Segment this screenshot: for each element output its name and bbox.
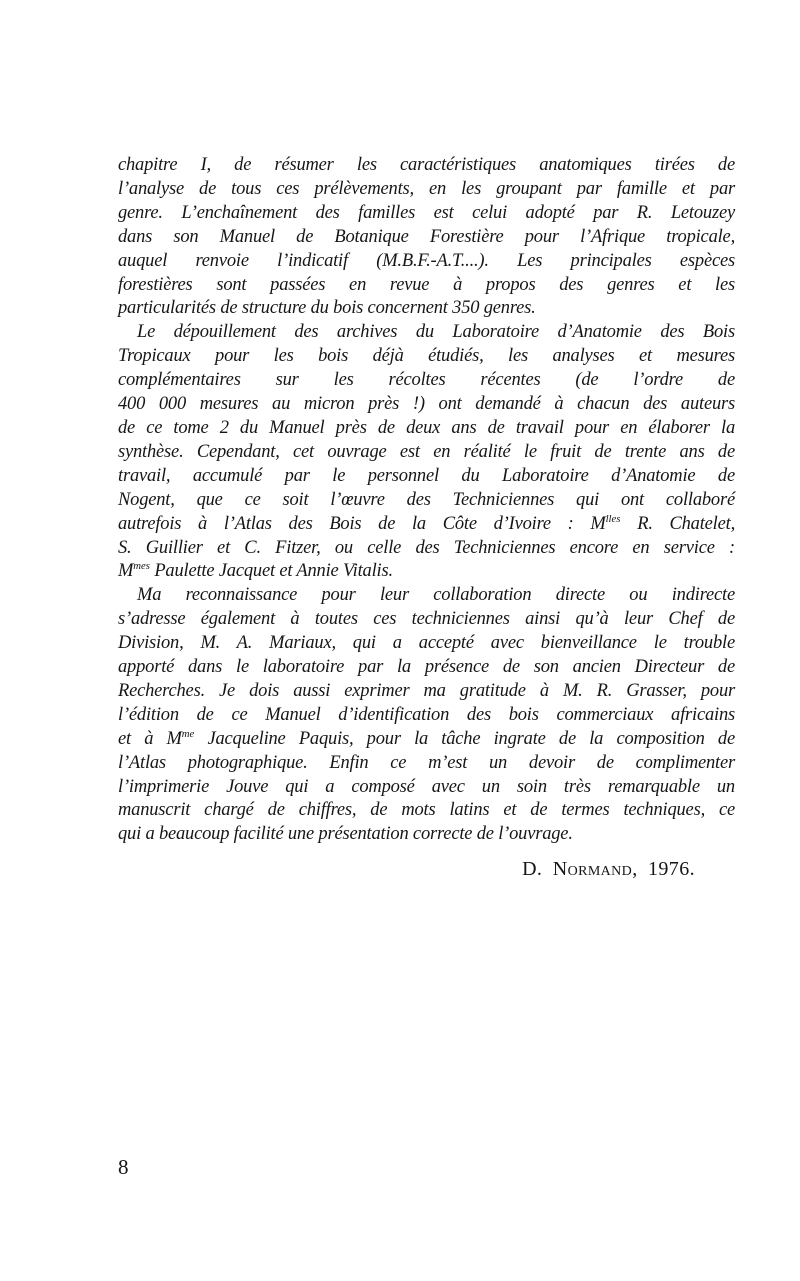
page-number: 8 [118,1155,129,1180]
text-line: travail, accumulé par le personnel du La… [118,465,735,489]
superscript: me [182,728,195,740]
text-line: manuscrit chargé de chiffres, de mots la… [118,799,735,823]
text-line: l’Atlas photographique. Enfin ce m’est u… [118,752,735,776]
text-line: 400 000 mesures au micron près !) ont de… [118,393,735,417]
paragraph: Ma reconnaissance pour leur collaboratio… [118,584,735,847]
superscript: mes [133,560,150,572]
text-line: forestières sont passées en revue à prop… [118,274,735,298]
text-line: autrefois à l’Atlas des Bois de la Côte … [118,513,735,537]
text-block: chapitre I, de résumer les caractéristiq… [118,154,735,882]
paragraph: chapitre I, de résumer les caractéristiq… [118,154,735,321]
text-line: l’édition de ce Manuel d’identification … [118,704,735,728]
text-line: de ce tome 2 du Manuel près de deux ans … [118,417,735,441]
page: chapitre I, de résumer les caractéristiq… [0,0,800,1281]
text-line: S. Guillier et C. Fitzer, ou celle des T… [118,537,735,561]
text-line: Mmes Paulette Jacquet et Annie Vitalis. [118,560,735,584]
text-line: chapitre I, de résumer les caractéristiq… [118,154,735,178]
text-line: Recherches. Je dois aussi exprimer ma gr… [118,680,735,704]
text-line: et à Mme Jacqueline Paquis, pour la tâch… [118,728,735,752]
text-line: genre. L’enchaînement des familles est c… [118,202,735,226]
text-line: particularités de structure du bois conc… [118,297,735,321]
paragraph: Le dépouillement des archives du Laborat… [118,321,735,584]
text-line: s’adresse également à toutes ces technic… [118,608,735,632]
text-line: Division, M. A. Mariaux, qui a accepté a… [118,632,735,656]
text-line: Ma reconnaissance pour leur collaboratio… [118,584,735,608]
text-line: Tropicaux pour les bois déjà étudiés, le… [118,345,735,369]
signature: D. Normand, 1976. [118,858,735,882]
paragraphs: chapitre I, de résumer les caractéristiq… [118,154,735,847]
text-line: synthèse. Cependant, cet ouvrage est en … [118,441,735,465]
superscript: lles [606,512,621,524]
text-line: apporté dans le laboratoire par la prése… [118,656,735,680]
text-line: qui a beaucoup facilité une présentation… [118,823,735,847]
text-line: dans son Manuel de Botanique Forestière … [118,226,735,250]
text-line: Le dépouillement des archives du Laborat… [118,321,735,345]
text-line: complémentaires sur les récoltes récente… [118,369,735,393]
text-line: Nogent, que ce soit l’œuvre des Technici… [118,489,735,513]
text-line: l’analyse de tous ces prélèvements, en l… [118,178,735,202]
text-line: l’imprimerie Jouve qui a composé avec un… [118,776,735,800]
text-line: auquel renvoie l’indicatif (M.B.F.-A.T..… [118,250,735,274]
